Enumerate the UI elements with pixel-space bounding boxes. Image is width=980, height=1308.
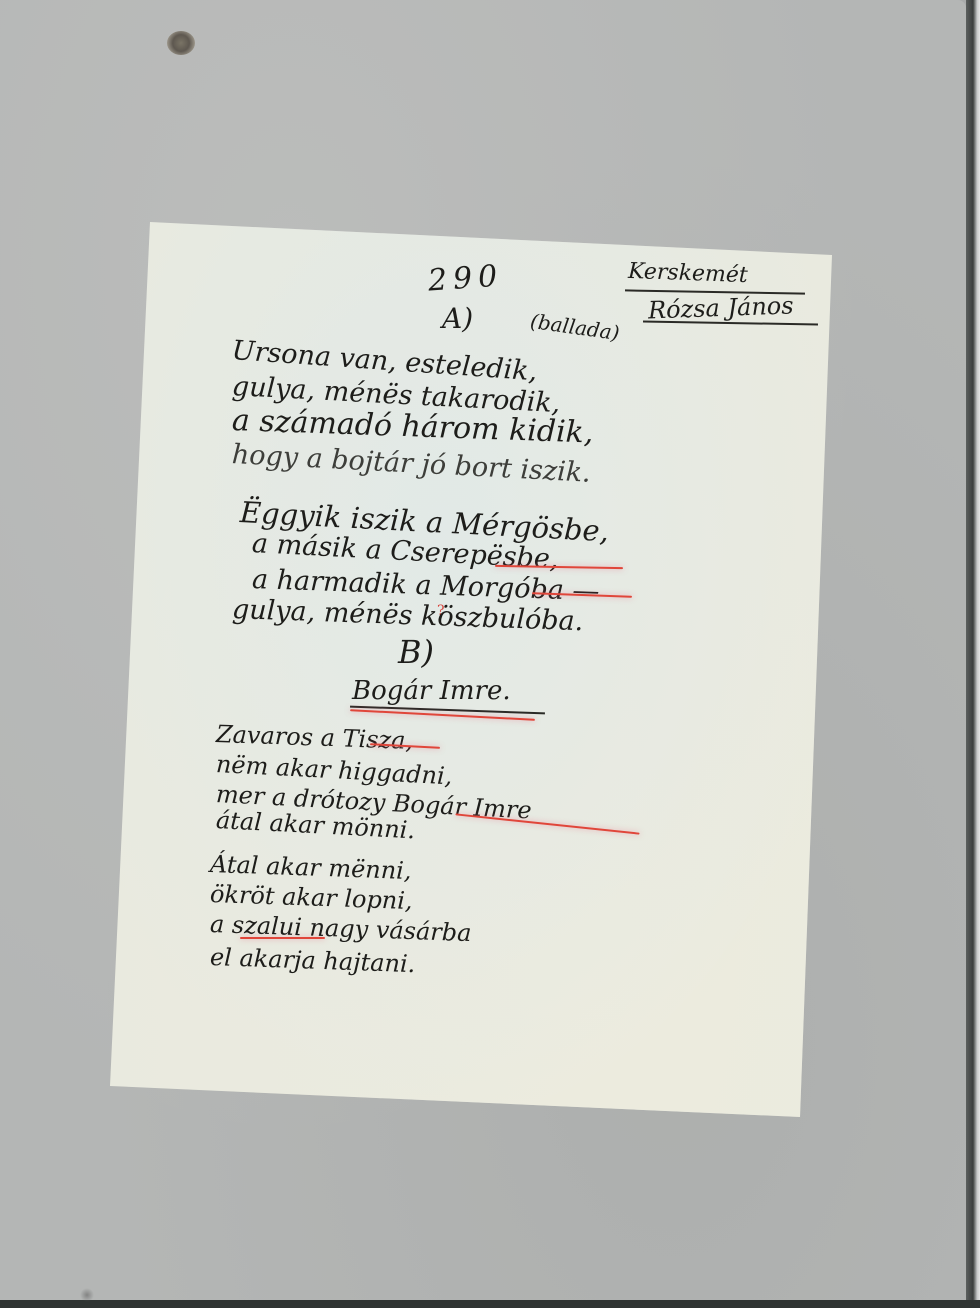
place-name: Kerskemét — [628, 261, 748, 287]
verse-line: ökröt akar lopni, — [210, 882, 413, 913]
section-b-label: B) — [398, 636, 434, 668]
scan-edge-right — [966, 0, 980, 1308]
scan-edge-bottom — [0, 1300, 980, 1308]
verse-line: el akarja hajtani. — [210, 945, 416, 976]
page-number: 290 — [427, 261, 504, 296]
verse-line: Zavaros a Tisza, — [216, 722, 414, 753]
smudge — [80, 1288, 94, 1302]
section-b-title: Bogár Imre. — [352, 678, 511, 704]
section-a-label: A) — [442, 305, 473, 333]
verse-line: Átal akar mënni, — [210, 852, 412, 883]
informant-name: Rózsa János — [648, 293, 794, 322]
ink-stain — [167, 31, 195, 55]
